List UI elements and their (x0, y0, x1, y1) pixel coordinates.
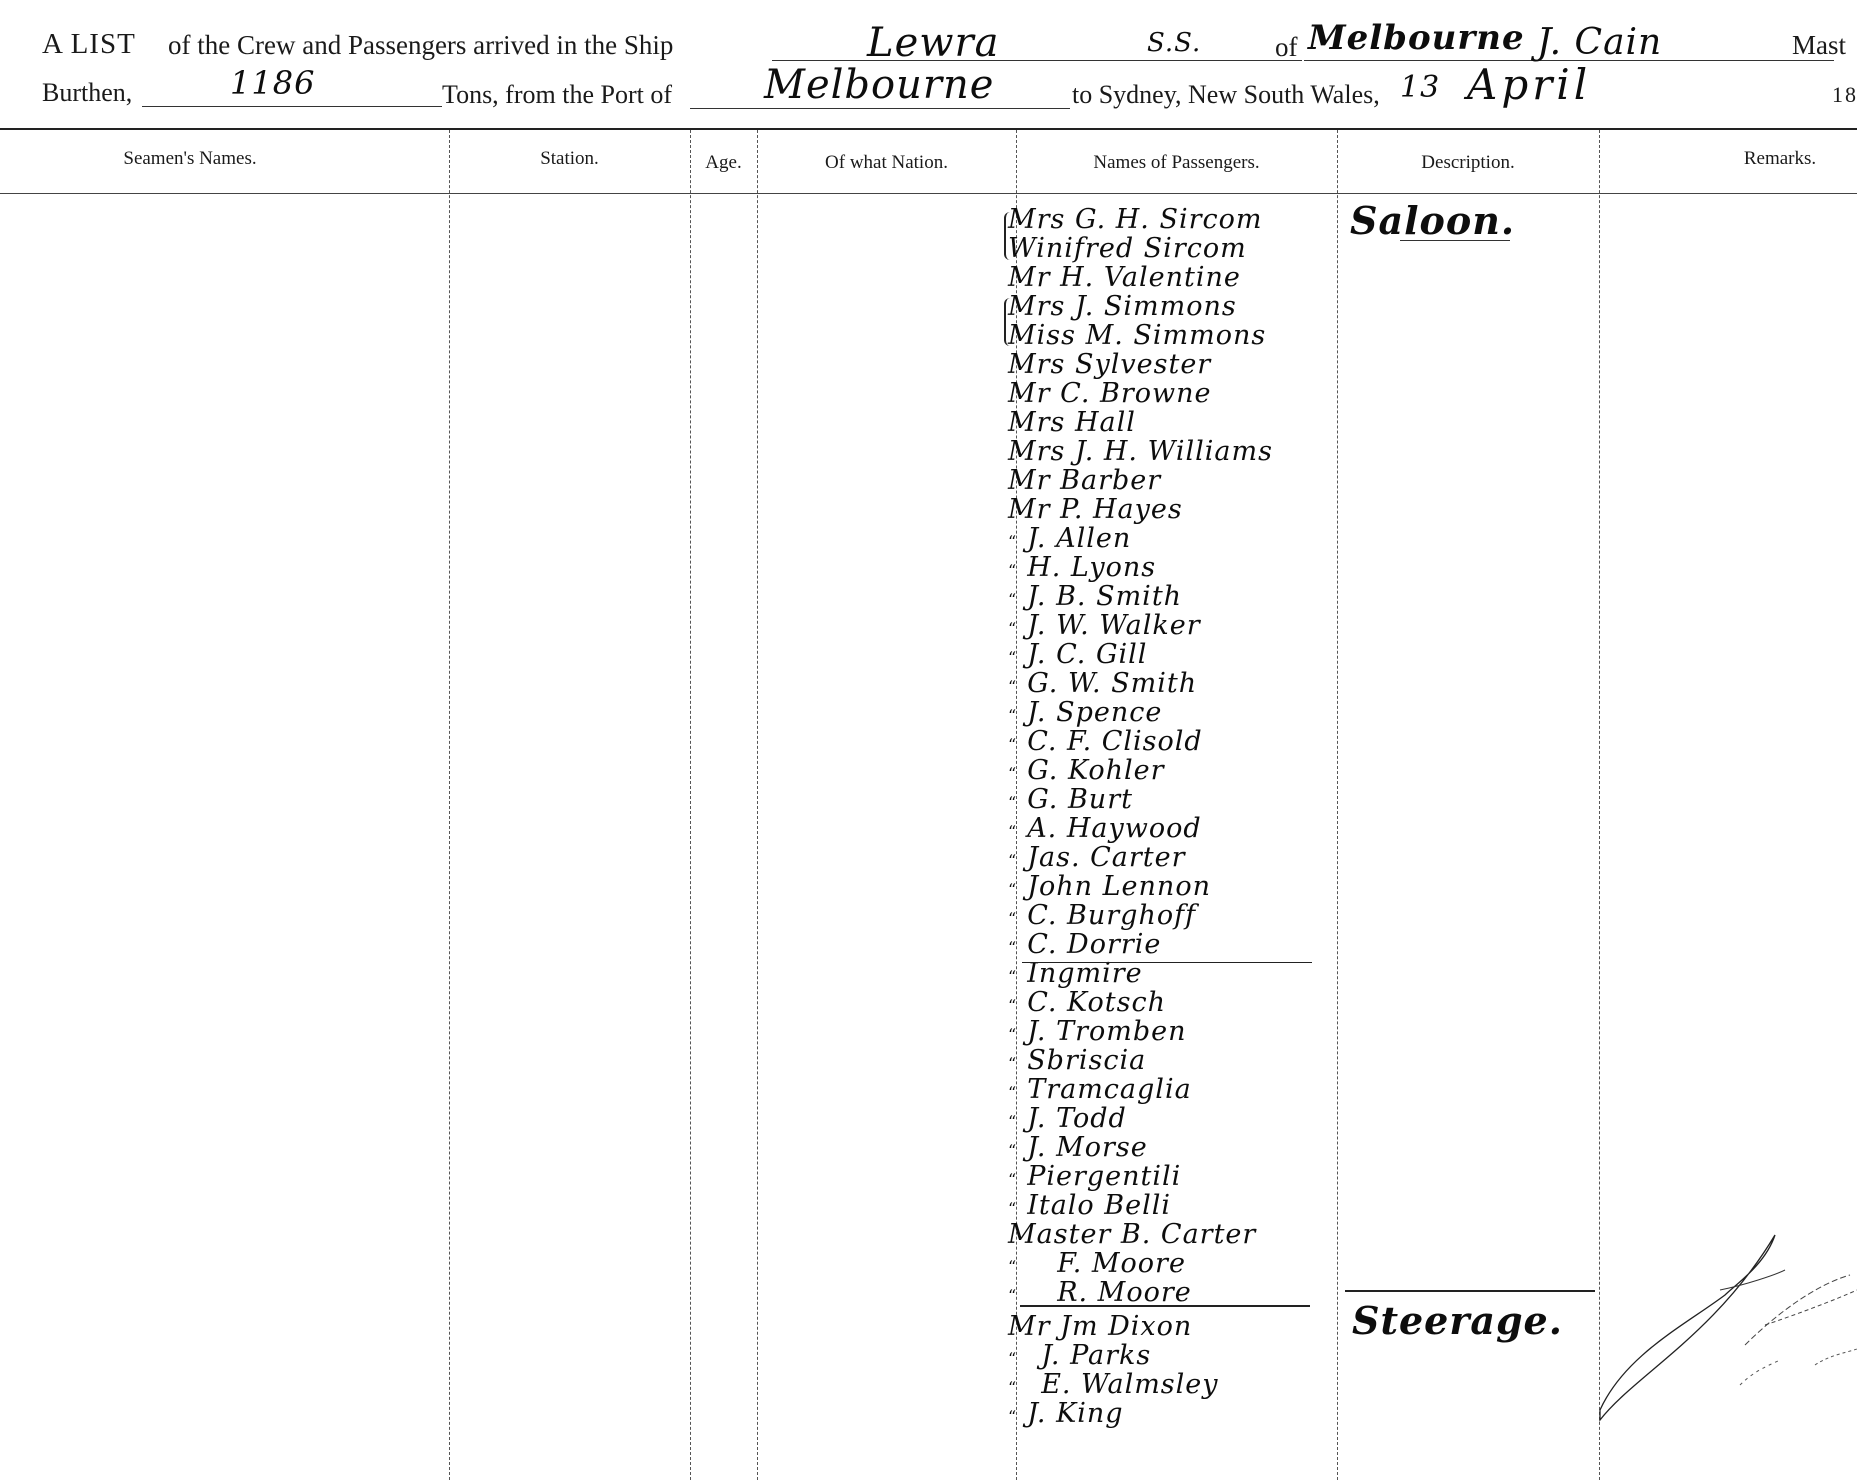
passenger-entry: “G. W. Smith (1008, 669, 1197, 698)
ditto-mark: “ (1008, 1378, 1017, 1397)
passenger-entry: “R. Moore (1008, 1278, 1192, 1307)
passenger-name: C. Kotsch (1027, 987, 1166, 1018)
passenger-name: J. Tromben (1027, 1016, 1186, 1047)
passenger-name: Italo Belli (1027, 1190, 1171, 1221)
passenger-name: Mr C. Browne (1008, 378, 1211, 409)
passenger-name: A. Haywood (1027, 813, 1201, 844)
ditto-mark: “ (1008, 1286, 1017, 1305)
ditto-mark: “ (1008, 1257, 1017, 1276)
passenger-entry: “J. W. Walker (1008, 611, 1201, 640)
passenger-entry: “A. Haywood (1008, 814, 1202, 843)
passenger-name: Mr H. Valentine (1008, 262, 1241, 293)
ditto-mark: “ (1008, 648, 1017, 667)
family-bracket (1004, 298, 1012, 346)
passenger-entry: “J. B. Smith (1008, 582, 1182, 611)
passenger-name: C. Burghoff (1027, 900, 1196, 931)
ditto-mark: “ (1008, 1349, 1017, 1368)
passenger-name: J. King (1027, 1398, 1123, 1429)
remarks-signature: J. P. (1595, 1225, 1857, 1425)
passenger-name: J. Allen (1027, 523, 1131, 554)
passenger-name: C. Dorrie (1027, 929, 1161, 960)
passenger-entry: “J. Parks (1008, 1341, 1151, 1370)
passenger-entry: “Ingmire (1008, 959, 1143, 988)
passenger-entry: “G. Kohler (1008, 756, 1165, 785)
passenger-entry: “C. Burghoff (1008, 901, 1196, 930)
passenger-entry: “J. Tromben (1008, 1017, 1187, 1046)
ditto-mark: “ (1008, 1141, 1017, 1160)
passenger-entry: “Jas. Carter (1008, 843, 1186, 872)
passenger-entry: Mrs G. H. Sircom (1008, 205, 1263, 234)
passenger-name: J. Parks (1041, 1340, 1151, 1371)
passenger-entry: “J. King (1008, 1399, 1124, 1428)
ditto-mark: “ (1008, 851, 1017, 870)
passenger-entry: “J. Todd (1008, 1104, 1127, 1133)
description-saloon: Saloon. (1350, 198, 1515, 243)
passenger-entry: Mrs J. Simmons (1008, 292, 1237, 321)
ditto-mark: “ (1008, 996, 1017, 1015)
class-separator-line-description (1345, 1290, 1595, 1292)
passenger-name: G. Burt (1027, 784, 1133, 815)
passenger-entry: Mrs J. H. Williams (1008, 437, 1273, 466)
passenger-name: Piergentili (1027, 1161, 1181, 1192)
passenger-name: G. Kohler (1027, 755, 1164, 786)
passenger-entry: Mr C. Browne (1008, 379, 1211, 408)
class-separator-line (1020, 1305, 1310, 1307)
ditto-mark: “ (1008, 793, 1017, 812)
ditto-mark: “ (1008, 561, 1017, 580)
passenger-name: G. W. Smith (1027, 668, 1197, 699)
passenger-name: Miss M. Simmons (1008, 320, 1266, 351)
passenger-entry: “H. Lyons (1008, 553, 1156, 582)
passenger-name: R. Moore (1057, 1277, 1192, 1308)
passenger-entry: “J. Morse (1008, 1133, 1148, 1162)
passenger-entry: Winifred Sircom (1008, 234, 1247, 263)
passenger-entry: “F. Moore (1008, 1249, 1186, 1278)
ditto-mark: “ (1008, 880, 1017, 899)
passenger-entry: Mr Barber (1008, 466, 1161, 495)
passenger-entry: Mr Jm Dixon (1008, 1312, 1192, 1341)
passenger-name: Sbriscia (1027, 1045, 1146, 1076)
ditto-mark: “ (1008, 1025, 1017, 1044)
passenger-name: Mr Barber (1008, 465, 1161, 496)
passenger-entry: “E. Walmsley (1008, 1370, 1219, 1399)
ditto-mark: “ (1008, 967, 1017, 986)
passenger-entry: Mrs Sylvester (1008, 350, 1211, 379)
passenger-name: J. Spence (1027, 697, 1162, 728)
description-steerage: Steerage. (1352, 1298, 1563, 1343)
passenger-entry: “J. Spence (1008, 698, 1162, 727)
passenger-name: Jas. Carter (1027, 842, 1185, 873)
passenger-entry: “C. F. Clisold (1008, 727, 1203, 756)
passenger-entry: “Italo Belli (1008, 1191, 1171, 1220)
ditto-mark: “ (1008, 938, 1017, 957)
passenger-entry: Master B. Carter (1008, 1220, 1256, 1249)
passenger-name: Mrs Hall (1008, 407, 1136, 438)
passenger-name: Mrs Sylvester (1008, 349, 1211, 380)
passenger-name: Mrs G. H. Sircom (1008, 204, 1263, 235)
passenger-entry: “C. Dorrie (1008, 930, 1161, 959)
passenger-entry: Miss M. Simmons (1008, 321, 1266, 350)
ditto-mark: “ (1008, 909, 1017, 928)
ditto-mark: “ (1008, 706, 1017, 725)
passenger-name: J. W. Walker (1027, 610, 1200, 641)
ditto-mark: “ (1008, 1170, 1017, 1189)
ditto-mark: “ (1008, 619, 1017, 638)
signature-flourish-icon (1595, 1225, 1857, 1425)
passenger-name: J. C. Gill (1027, 639, 1147, 670)
passenger-entry: “J. C. Gill (1008, 640, 1147, 669)
passenger-name: Master B. Carter (1008, 1219, 1256, 1250)
passenger-entry: “Piergentili (1008, 1162, 1181, 1191)
ditto-mark: “ (1008, 1054, 1017, 1073)
passenger-name: Mrs J. H. Williams (1008, 436, 1273, 467)
passenger-entry: “C. Kotsch (1008, 988, 1166, 1017)
ditto-mark: “ (1008, 822, 1017, 841)
passenger-entry: Mrs Hall (1008, 408, 1136, 437)
ditto-mark: “ (1008, 764, 1017, 783)
passenger-entry: “John Lennon (1008, 872, 1211, 901)
passenger-name: H. Lyons (1027, 552, 1156, 583)
ditto-mark: “ (1008, 1083, 1017, 1102)
passenger-list: Mrs G. H. Sircom Winifred Sircom Mr H. V… (0, 0, 1857, 1480)
ditto-mark: “ (1008, 1407, 1017, 1426)
passenger-name: J. Morse (1027, 1132, 1148, 1163)
ditto-mark: “ (1008, 677, 1017, 696)
ditto-mark: “ (1008, 590, 1017, 609)
ditto-mark: “ (1008, 1112, 1017, 1131)
passenger-name: John Lennon (1027, 871, 1211, 902)
group-separator-line (1022, 962, 1312, 963)
family-bracket (1004, 212, 1012, 260)
passenger-entry: Mr H. Valentine (1008, 263, 1241, 292)
passenger-name: F. Moore (1057, 1248, 1186, 1279)
passenger-entry: “Sbriscia (1008, 1046, 1146, 1075)
passenger-name: Tramcaglia (1027, 1074, 1192, 1105)
passenger-name: J. B. Smith (1027, 581, 1182, 612)
passenger-name: Mr Jm Dixon (1008, 1311, 1192, 1342)
passenger-entry: “Tramcaglia (1008, 1075, 1192, 1104)
ditto-mark: “ (1008, 735, 1017, 754)
ditto-mark: “ (1008, 1199, 1017, 1218)
passenger-name: Mrs J. Simmons (1008, 291, 1237, 322)
passenger-name: Winifred Sircom (1008, 233, 1247, 264)
description-saloon-underline (1400, 240, 1510, 241)
passenger-entry: “J. Allen (1008, 524, 1131, 553)
ditto-mark: “ (1008, 532, 1017, 551)
passenger-entry: Mr P. Hayes (1008, 495, 1183, 524)
passenger-entry: “G. Burt (1008, 785, 1133, 814)
passenger-name: Mr P. Hayes (1008, 494, 1183, 525)
passenger-name: E. Walmsley (1041, 1369, 1218, 1400)
passenger-name: C. F. Clisold (1027, 726, 1203, 757)
passenger-name: J. Todd (1027, 1103, 1127, 1134)
